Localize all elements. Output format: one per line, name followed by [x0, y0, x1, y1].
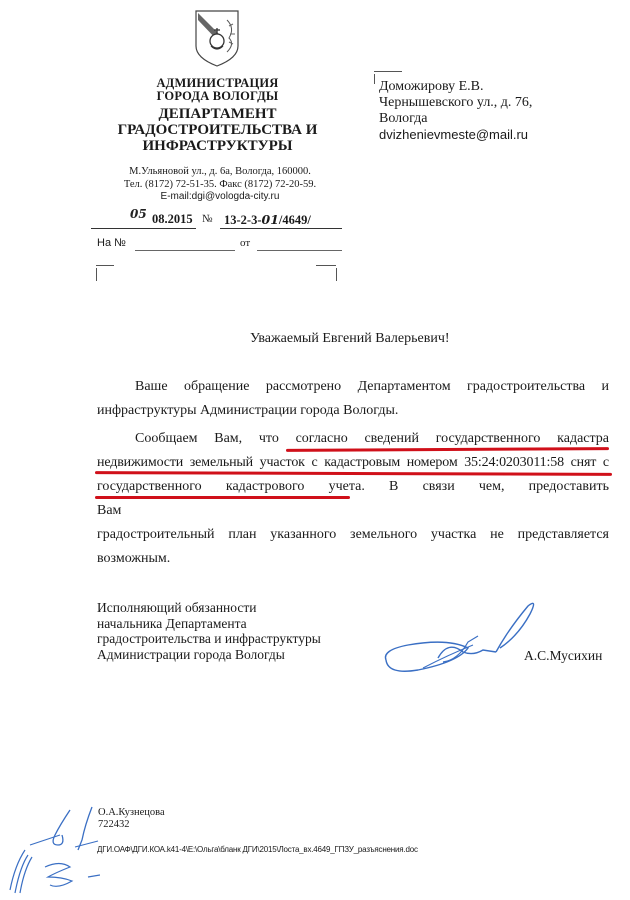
corner-mark-left	[96, 265, 114, 266]
date-underline	[91, 228, 196, 229]
number-suffix: /4649/	[279, 213, 311, 227]
salutation: Уважаемый Евгений Валерьевич!	[250, 331, 450, 347]
executor-name: О.А.Кузнецова	[98, 807, 165, 819]
p1-line-2: инфраструктуры Администрации города Воло…	[97, 399, 609, 423]
signatory-title: Исполняющий обязанности начальника Депар…	[97, 600, 357, 662]
corner-mark-left-v	[96, 268, 97, 281]
signature-scribble-icon	[378, 600, 538, 680]
coat-of-arms-emblem	[193, 8, 241, 68]
outgoing-date: 08.2015	[152, 212, 193, 227]
signer-name: А.С.Мусихин	[524, 648, 602, 664]
department-address: М.Ульяновой ул., д. 6а, Вологда, 160000.	[85, 166, 355, 179]
paragraph-1: Ваше обращение рассмотрено Департаментом…	[97, 375, 609, 423]
corner-mark-right	[316, 265, 336, 266]
signatory-title-1: Исполняющий обязанности	[97, 600, 357, 616]
number-handwritten: 01	[262, 212, 279, 227]
outgoing-number-label: №	[202, 213, 213, 225]
recipient-street: Чернышевского ул., д. 76,	[379, 95, 609, 111]
outgoing-day-handwritten: 05	[130, 207, 147, 221]
recipient-corner-mark	[374, 71, 402, 72]
dept-line-1: ДЕПАРТАМЕНТ	[85, 106, 350, 122]
org-line-2: ГОРОДА ВОЛОГДЫ	[100, 90, 335, 103]
recipient-city: Вологда	[379, 111, 609, 127]
number-underline	[220, 228, 342, 229]
signatory-title-3: градостроительства и инфраструктуры	[97, 631, 357, 647]
document-file-path: ДГИ.ОАФ\ДГИ.КОА.k41-4\E:\Ольга\бланк ДГИ…	[97, 845, 418, 854]
p2-line-4: градостроительный план указанного земель…	[97, 523, 609, 547]
initials-scribble-icon	[0, 805, 100, 900]
department-name: ДЕПАРТАМЕНТ ГРАДОСТРОИТЕЛЬСТВА И ИНФРАСТ…	[85, 106, 350, 154]
recipient-name: Доможирову Е.В.	[379, 79, 609, 95]
dept-line-2: ГРАДОСТРОИТЕЛЬСТВА И	[85, 122, 350, 138]
reply-to-blank	[135, 250, 235, 251]
reply-from-blank	[257, 250, 342, 251]
department-contacts: М.Ульяновой ул., д. 6а, Вологда, 160000.…	[85, 166, 355, 204]
p2-line-5: возможным.	[97, 547, 609, 571]
highlight-underline-3	[95, 496, 350, 499]
vologda-coat-of-arms-icon	[193, 8, 241, 68]
signatory-title-2: начальника Департамента	[97, 616, 357, 632]
recipient-corner-mark-v	[374, 74, 375, 84]
executor-block: О.А.Кузнецова 722432	[98, 807, 165, 831]
number-prefix: 13-2-3-	[224, 213, 262, 227]
dept-line-3: ИНФРАСТРУКТУРЫ	[85, 138, 350, 154]
outgoing-number: 13-2-3-01/4649/	[224, 212, 311, 228]
department-phone-fax: Тел. (8172) 72-51-35. Факс (8172) 72-20-…	[85, 179, 355, 192]
executor-initials-scribble	[0, 805, 100, 900]
executor-phone: 722432	[98, 819, 165, 831]
org-name: АДМИНИСТРАЦИЯ ГОРОДА ВОЛОГДЫ	[100, 77, 335, 103]
p2-line-3: государственного кадастрового учета. В с…	[97, 475, 609, 523]
reply-from-label: от	[240, 237, 250, 249]
reply-to-label: На №	[97, 237, 126, 249]
handwritten-signature	[378, 600, 538, 680]
signatory-title-4: Администрации города Вологды	[97, 647, 357, 663]
corner-mark-right-v	[336, 268, 337, 281]
recipient-email: dvizhenievmeste@mail.ru	[379, 127, 609, 143]
p1-line-1: Ваше обращение рассмотрено Департаментом…	[97, 375, 609, 399]
recipient-block: Доможирову Е.В. Чернышевского ул., д. 76…	[379, 79, 609, 143]
department-email: E-mail:dgi@vologda-city.ru	[85, 191, 355, 204]
